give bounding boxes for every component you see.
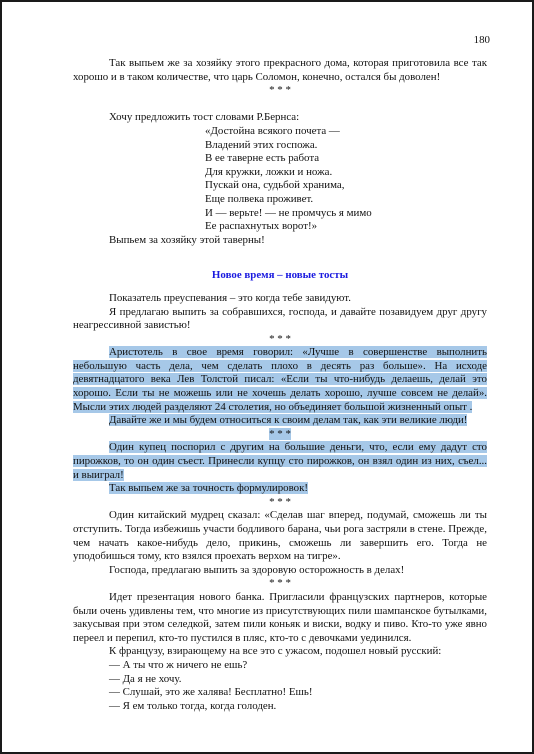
paragraph-solomon-toast: Так выпьем же за хозяйку этого прекрасно… [73, 57, 487, 84]
dialog-line: — Слушай, это же халява! Бесплатно! Ешь! [109, 686, 487, 700]
dialog-line: — Я ем только тогда, когда голоден. [109, 700, 487, 714]
poem-line: Еще полвека проживет. [205, 193, 487, 207]
paragraph-envy-2: Я предлагаю выпить за собравшихся, госпо… [73, 306, 487, 333]
paragraph-envy-1: Показатель преуспевания – это когда тебе… [73, 292, 487, 306]
poem-line: И — верьте! — не промчусь я мимо [205, 207, 487, 221]
paragraph-aristotle[interactable]: Аристотель в свое время говорил: «Лучше … [73, 346, 487, 414]
paragraph-merchant[interactable]: Один купец поспорил с другим на большие … [73, 441, 487, 482]
paragraph-new-russian: К французу, взирающему на все это с ужас… [73, 645, 487, 659]
document-page: 180 Так выпьем же за хозяйку этого прекр… [0, 0, 534, 754]
burns-poem: «Достойна всякого почета — Владений этих… [205, 125, 487, 234]
selected-text[interactable]: Аристотель в свое время говорил: «Лучше … [73, 346, 487, 412]
poem-line: В ее таверне есть работа [205, 152, 487, 166]
poem-line: Ее распахнутых ворот!» [205, 220, 487, 234]
paragraph-chinese-sage: Один китайский мудрец сказал: «Сделав ша… [73, 509, 487, 563]
separator: * * * [73, 84, 487, 98]
page-number: 180 [460, 34, 490, 48]
selected-text[interactable]: Один купец поспорил с другим на большие … [73, 441, 487, 480]
poem-line: Владений этих госпожа. [205, 139, 487, 153]
selected-text[interactable]: * * * [269, 428, 291, 440]
paragraph-precision-toast[interactable]: Так выпьем же за точность формулировок! [73, 482, 487, 496]
selected-text[interactable]: Давайте же и мы будем относиться к своим… [109, 414, 467, 426]
dialog-line: — А ты что ж ничего не ешь? [109, 659, 487, 673]
dialog-line: — Да я не хочу. [109, 673, 487, 687]
poem-line: Для кружки, ложки и ножа. [205, 166, 487, 180]
page-body: Так выпьем же за хозяйку этого прекрасно… [73, 57, 487, 713]
poem-line: Пускай она, судьбой хранима, [205, 179, 487, 193]
paragraph-bank-presentation: Идет презентация нового банка. Пригласил… [73, 591, 487, 645]
separator[interactable]: * * * [73, 428, 487, 442]
burns-intro: Хочу предложить тост словами Р.Бернса: [73, 111, 487, 125]
selected-text[interactable]: Так выпьем же за точность формулировок! [109, 482, 308, 494]
separator: * * * [73, 333, 487, 347]
poem-line: «Достойна всякого почета — [205, 125, 487, 139]
separator: * * * [73, 577, 487, 591]
tavern-toast: Выпьем за хозяйку этой таверны! [73, 234, 487, 248]
paragraph-caution-toast: Господа, предлагаю выпить за здоровую ос… [73, 564, 487, 578]
paragraph-great-people[interactable]: Давайте же и мы будем относиться к своим… [73, 414, 487, 428]
separator: * * * [73, 496, 487, 510]
section-heading: Новое время – новые тосты [73, 269, 487, 283]
